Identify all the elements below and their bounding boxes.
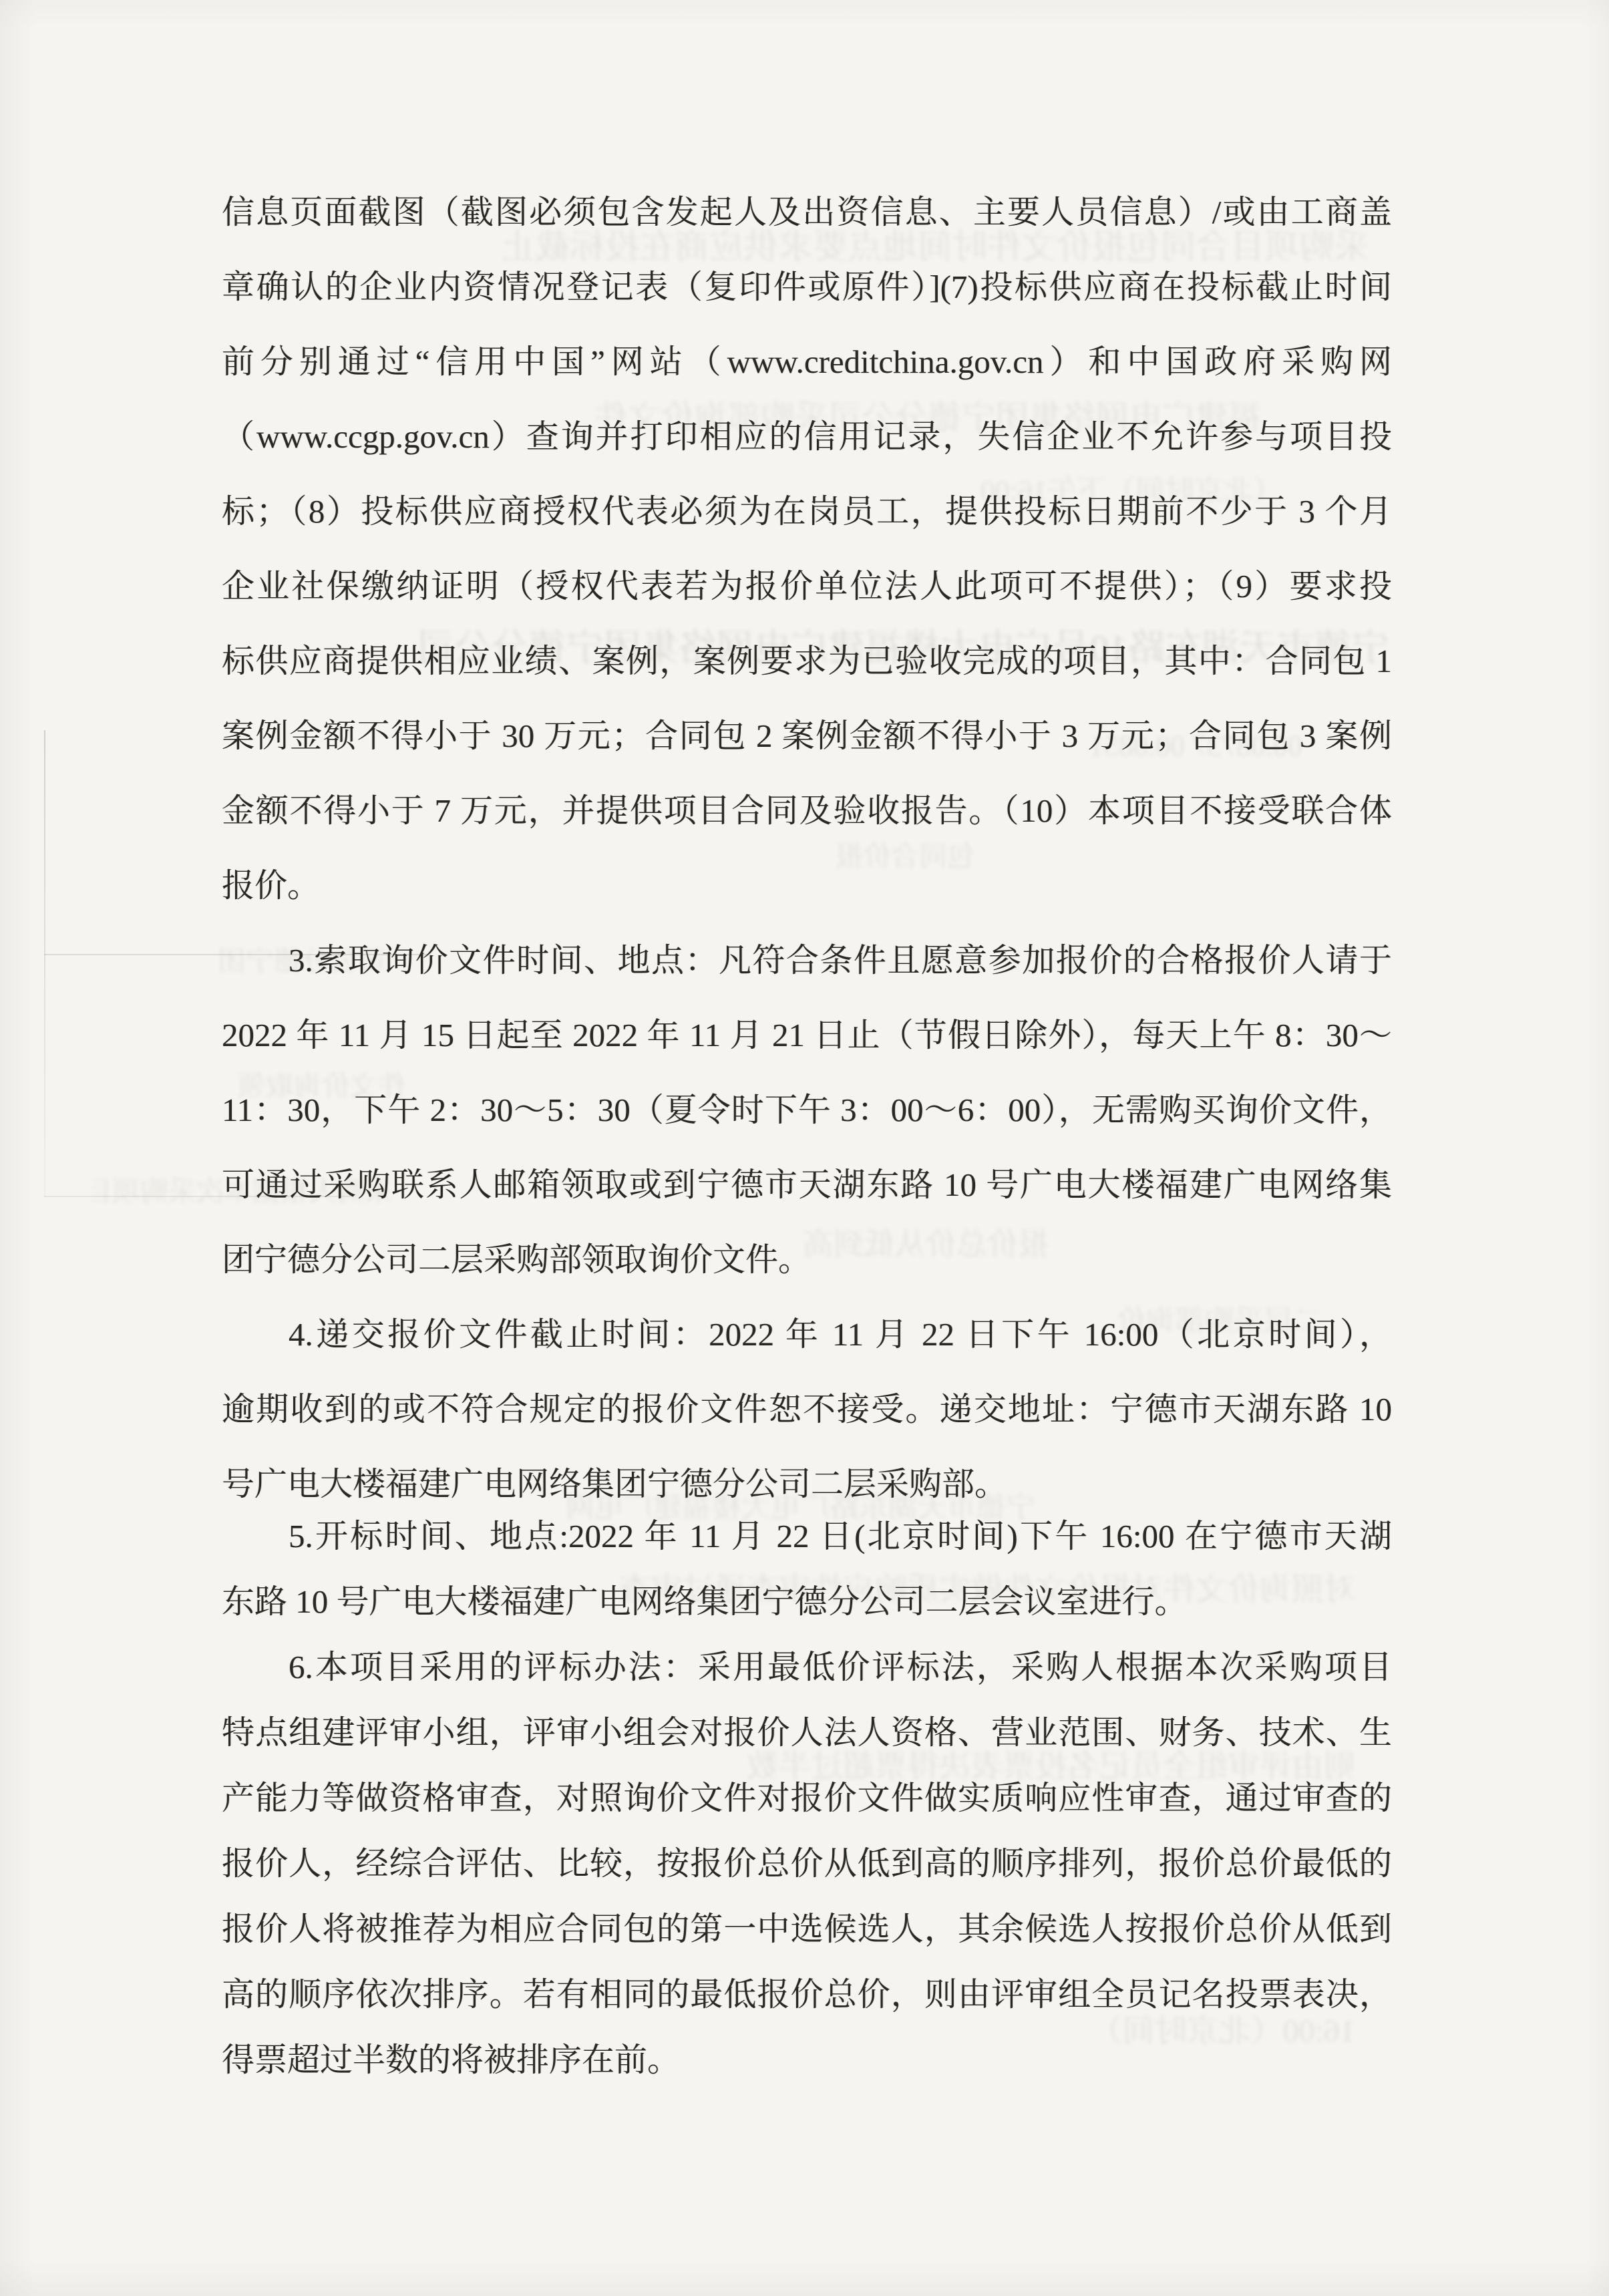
scanned-document-page: 采购项目合同包报价文件时间地点要求供应商在投标截止 福建广电网络集团宁德分公司采… xyxy=(0,0,1609,2296)
document-text-lower-section: 5.开标时间、地点:2022 年 11 月 22 日(北京时间)下午 16:00… xyxy=(222,1504,1392,2093)
text-line-item-6: 6.本项目采用的评标办法：采用最低价评标法，采购人根据本次采购项目 xyxy=(222,1635,1392,1700)
text-line: 可通过采购联系人邮箱领取或到宁德市天湖东路 10 号广电大楼福建广电网络集 xyxy=(222,1148,1392,1222)
text-line: 得票超过半数的将被排序在前。 xyxy=(222,2027,1392,2093)
text-line: 报价。 xyxy=(222,848,1392,923)
text-line: 11：30，下午 2：30～5：30（夏令时下午 3：00～6：00），无需购买… xyxy=(222,1073,1392,1148)
text-line: 报价人，经综合评估、比较，按报价总价从低到高的顺序排列，报价总价最低的 xyxy=(222,1831,1392,1897)
document-text-upper-section: 信息页面截图（截图必须包含发起人及出资信息、主要人员信息）/或由工商盖 章确认的… xyxy=(222,175,1392,1522)
text-line-item-4: 4.递交报价文件截止时间：2022 年 11 月 22 日下午 16:00（北京… xyxy=(222,1297,1392,1372)
text-line: 标供应商提供相应业绩、案例，案例要求为已验收完成的项目，其中：合同包 1 xyxy=(222,624,1392,699)
text-line: 产能力等做资格审查，对照询价文件对报价文件做实质响应性审查，通过审查的 xyxy=(222,1766,1392,1831)
text-line: 信息页面截图（截图必须包含发起人及出资信息、主要人员信息）/或由工商盖 xyxy=(222,175,1392,250)
text-line: 企业社保缴纳证明（授权代表若为报价单位法人此项可不提供）；（9）要求投 xyxy=(222,549,1392,624)
text-line: 前分别通过“信用中国”网站（www.creditchina.gov.cn）和中国… xyxy=(222,325,1392,399)
text-line: 2022 年 11 月 15 日起至 2022 年 11 月 21 日止（节假日… xyxy=(222,998,1392,1073)
text-line: 报价人将被推荐为相应合同包的第一中选候选人，其余候选人按报价总价从低到 xyxy=(222,1897,1392,1962)
text-line-item-5: 5.开标时间、地点:2022 年 11 月 22 日(北京时间)下午 16:00… xyxy=(222,1504,1392,1569)
text-line: （www.ccgp.gov.cn）查询并打印相应的信用记录，失信企业不允许参与项… xyxy=(222,399,1392,474)
text-line-item-3: 3.索取询价文件时间、地点：凡符合条件且愿意参加报价的合格报价人请于 xyxy=(222,923,1392,998)
text-line: 特点组建评审小组，评审小组会对报价人法人资格、营业范围、财务、技术、生 xyxy=(222,1700,1392,1766)
text-line: 章确认的企业内资情况登记表（复印件或原件）](7)投标供应商在投标截止时间 xyxy=(222,250,1392,325)
text-line: 标；（8）投标供应商授权代表必须为在岗员工，提供投标日期前不少于 3 个月 xyxy=(222,474,1392,549)
text-line: 东路 10 号广电大楼福建广电网络集团宁德分公司二层会议室进行。 xyxy=(222,1569,1392,1635)
bleedthrough-table-line xyxy=(44,730,45,1198)
text-line: 团宁德分公司二层采购部领取询价文件。 xyxy=(222,1222,1392,1297)
text-line: 高的顺序依次排序。若有相同的最低报价总价，则由评审组全员记名投票表决， xyxy=(222,1962,1392,2027)
text-line: 案例金额不得小于 30 万元；合同包 2 案例金额不得小于 3 万元；合同包 3… xyxy=(222,699,1392,774)
text-line: 逾期收到的或不符合规定的报价文件恕不接受。递交地址：宁德市天湖东路 10 xyxy=(222,1372,1392,1447)
text-line: 金额不得小于 7 万元，并提供项目合同及验收报告。（10）本项目不接受联合体 xyxy=(222,774,1392,848)
